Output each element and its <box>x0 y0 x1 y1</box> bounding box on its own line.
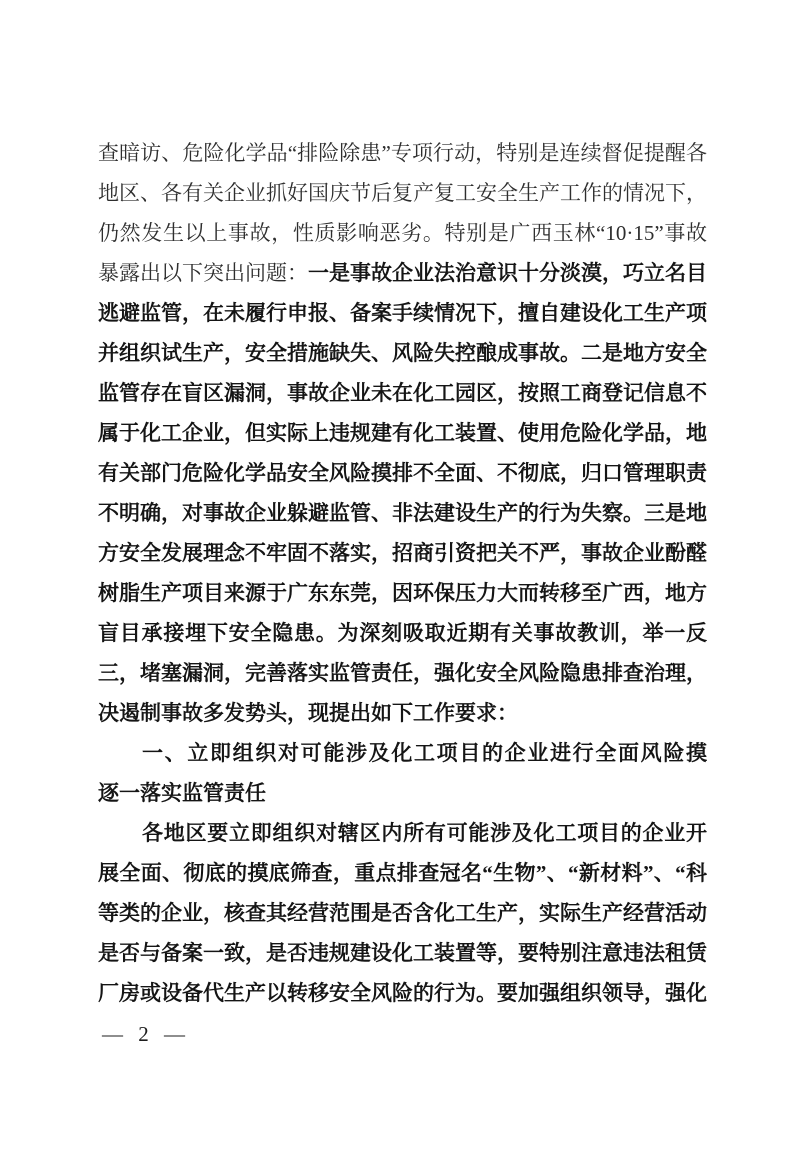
text-line: 属于化工企业，但实际上违规建有化工装置、使用危险化学品，地方 <box>98 413 707 453</box>
text-line: 有关部门危险化学品安全风险摸排不全面、不彻底，归口管理职责 <box>98 453 707 493</box>
text-segment: 一是事故企业法治意识十分淡漠，巧立名目 <box>308 261 707 285</box>
text-line: 方安全发展理念不牢固不落实，招商引资把关不严，事故企业酚醛 <box>98 533 707 573</box>
text-segment: 逐一落实监管责任 <box>98 781 266 805</box>
text-line: 厂房或设备代生产以转移安全风险的行为。要加强组织领导，强化 <box>98 973 707 1013</box>
text-line: 各地区要立即组织对辖区内所有可能涉及化工项目的企业开 <box>98 813 707 853</box>
text-segment: 地区、各有关企业抓好国庆节后复产复工安全生产工作的情况下， <box>98 181 707 205</box>
text-segment: 不明确，对事故企业躲避监管、非法建设生产的行为失察。三是地 <box>98 501 707 525</box>
text-line: 等类的企业，核查其经营范围是否含化工生产，实际生产经营活动 <box>98 893 707 933</box>
text-segment: 仍然发生以上事故，性质影响恶劣。特别是广西玉林“10·15”事故 <box>98 221 707 245</box>
text-segment: 盲目承接埋下安全隐患。为深刻吸取近期有关事故教训，举一反 <box>98 621 707 645</box>
text-line: 查暗访、危险化学品“排险除患”专项行动，特别是连续督促提醒各 <box>98 133 707 173</box>
document-page: 查暗访、危险化学品“排险除患”专项行动，特别是连续督促提醒各地区、各有关企业抓好… <box>0 0 811 1151</box>
text-segment: 一、立即组织对可能涉及化工项目的企业进行全面风险摸排， <box>142 741 707 773</box>
text-line: 仍然发生以上事故，性质影响恶劣。特别是广西玉林“10·15”事故 <box>98 213 707 253</box>
text-line: 盲目承接埋下安全隐患。为深刻吸取近期有关事故教训，举一反 <box>98 613 707 653</box>
text-line: 地区、各有关企业抓好国庆节后复产复工安全生产工作的情况下， <box>98 173 707 213</box>
text-segment: 暴露出以下突出问题： <box>98 261 308 285</box>
text-line: 逐一落实监管责任 <box>98 773 707 813</box>
text-segment: 树脂生产项目来源于广东东莞，因环保压力大而转移至广西，地方 <box>98 581 707 605</box>
text-segment: 等类的企业，核查其经营范围是否含化工生产，实际生产经营活动 <box>98 901 707 925</box>
text-segment: 各地区要立即组织对辖区内所有可能涉及化工项目的企业开 <box>142 821 707 845</box>
text-line: 并组织试生产，安全措施缺失、风险失控酿成事故。二是地方安全 <box>98 333 707 373</box>
text-line: 是否与备案一致，是否违规建设化工装置等，要特别注意违法租赁 <box>98 933 707 973</box>
text-line: 三，堵塞漏洞，完善落实监管责任，强化安全风险隐患排查治理，坚 <box>98 653 707 693</box>
text-segment: 决遏制事故多发势头，现提出如下工作要求： <box>98 701 518 725</box>
text-line: 暴露出以下突出问题：一是事故企业法治意识十分淡漠，巧立名目 <box>98 253 707 293</box>
text-line: 逃避监管，在未履行申报、备案手续情况下，擅自建设化工生产项目 <box>98 293 707 333</box>
text-segment: 厂房或设备代生产以转移安全风险的行为。要加强组织领导，强化 <box>98 981 707 1005</box>
text-segment: 监管存在盲区漏洞，事故企业未在化工园区，按照工商登记信息不 <box>98 381 707 405</box>
page-number: — 2 — <box>102 1018 190 1050</box>
text-line: 一、立即组织对可能涉及化工项目的企业进行全面风险摸排， <box>98 733 707 773</box>
text-segment: 查暗访、危险化学品“排险除患”专项行动，特别是连续督促提醒各 <box>98 141 707 165</box>
text-segment: 并组织试生产，安全措施缺失、风险失控酿成事故。二是地方安全 <box>98 341 707 365</box>
text-line: 决遏制事故多发势头，现提出如下工作要求： <box>98 693 707 733</box>
text-segment: 逃避监管，在未履行申报、备案手续情况下，擅自建设化工生产项目 <box>98 301 707 333</box>
text-segment: 三，堵塞漏洞，完善落实监管责任，强化安全风险隐患排查治理，坚 <box>98 661 707 693</box>
text-line: 展全面、彻底的摸底筛查，重点排查冠名“生物”、“新材料”、“科技” <box>98 853 707 893</box>
text-segment: 属于化工企业，但实际上违规建有化工装置、使用危险化学品，地方 <box>98 421 707 453</box>
text-segment: 有关部门危险化学品安全风险摸排不全面、不彻底，归口管理职责 <box>98 461 707 485</box>
text-segment: 是否与备案一致，是否违规建设化工装置等，要特别注意违法租赁 <box>98 941 707 965</box>
text-line: 不明确，对事故企业躲避监管、非法建设生产的行为失察。三是地 <box>98 493 707 533</box>
text-line: 树脂生产项目来源于广东东莞，因环保压力大而转移至广西，地方 <box>98 573 707 613</box>
text-segment: 展全面、彻底的摸底筛查，重点排查冠名“生物”、“新材料”、“科技” <box>98 861 707 893</box>
text-line: 监管存在盲区漏洞，事故企业未在化工园区，按照工商登记信息不 <box>98 373 707 413</box>
text-segment: 方安全发展理念不牢固不落实，招商引资把关不严，事故企业酚醛 <box>98 541 707 565</box>
document-body: 查暗访、危险化学品“排险除患”专项行动，特别是连续督促提醒各地区、各有关企业抓好… <box>98 133 707 1013</box>
